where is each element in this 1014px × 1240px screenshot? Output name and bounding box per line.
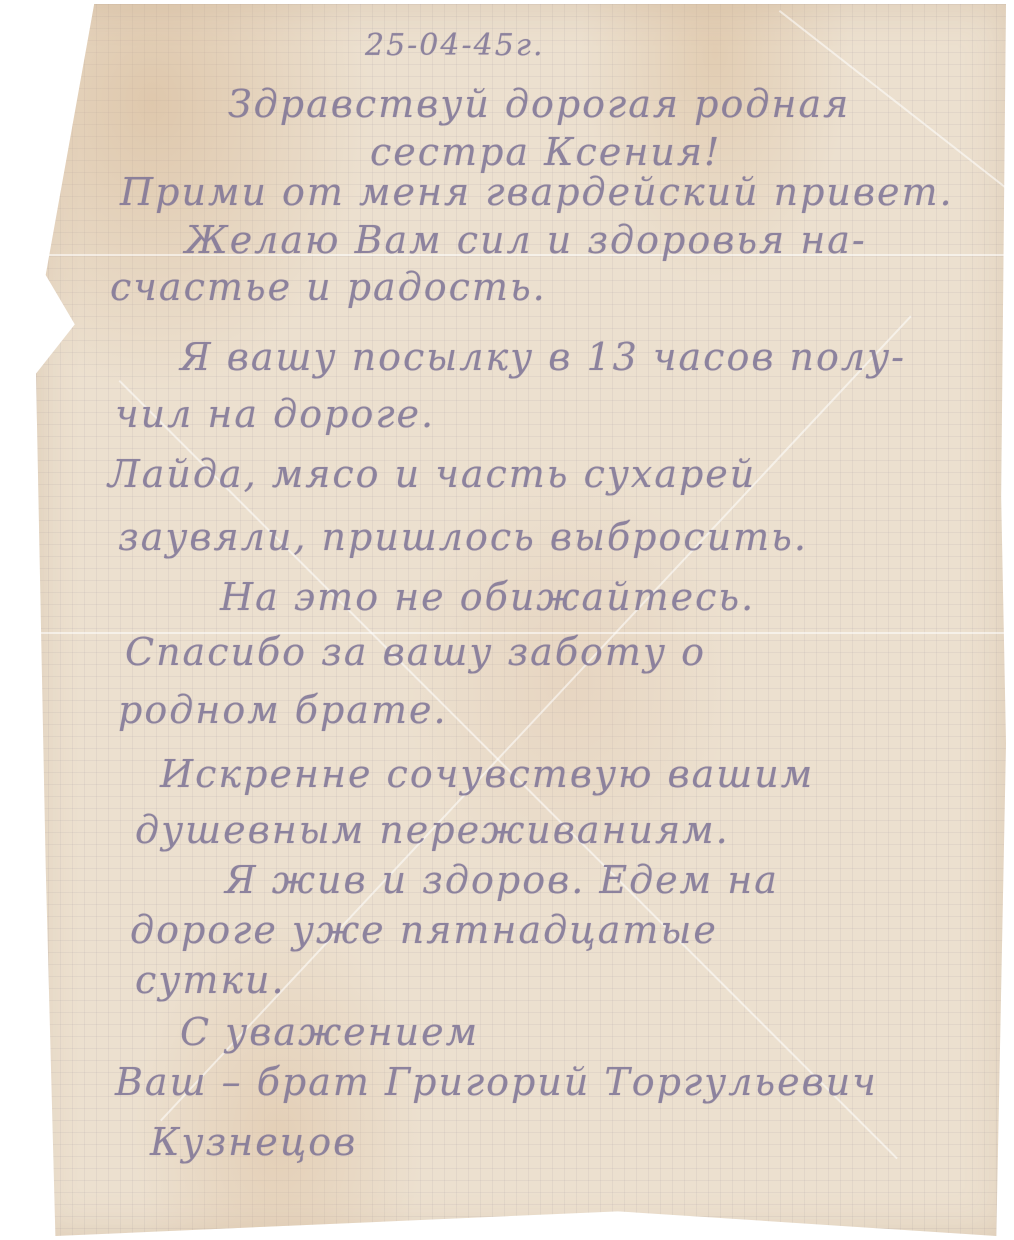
body-line: Прими от меня гвардейский привет. [120, 170, 954, 214]
body-line: Искренне сочувствую вашим [160, 752, 814, 796]
body-line: родном брате. [118, 688, 448, 732]
signature-surname: Кузнецов [150, 1120, 357, 1164]
letter-date: 25-04-45г. [365, 28, 545, 63]
body-line: душевным переживаниям. [135, 808, 730, 852]
body-line: Лайда, мясо и часть сухарей [108, 452, 756, 496]
body-line: Желаю Вам сил и здоровья на- [185, 218, 867, 262]
signature-line: Ваш – брат Григорий Торгульевич [115, 1060, 878, 1104]
body-line: Я вашу посылку в 13 часов полу- [180, 335, 906, 379]
body-line: дороге уже пятнадцатые [130, 908, 718, 952]
body-line: Я жив и здоров. Едем на [225, 858, 779, 902]
body-line: чил на дороге. [115, 392, 435, 436]
body-line: сутки. [135, 958, 286, 1002]
body-line: На это не обижайтесь. [220, 575, 755, 619]
body-line: счастье и радость. [110, 265, 547, 309]
body-line: заувяли, пришлось выбросить. [118, 515, 808, 559]
body-line: Спасибо за вашу заботу о [125, 630, 706, 674]
greeting-line: Здравствуй дорогая родная [228, 82, 850, 126]
greeting-line: сестра Ксения! [370, 130, 721, 174]
handwritten-letter: 25-04-45г. Здравствуй дорогая родная сес… [0, 0, 1014, 1240]
closing-line: С уважением [180, 1010, 479, 1054]
